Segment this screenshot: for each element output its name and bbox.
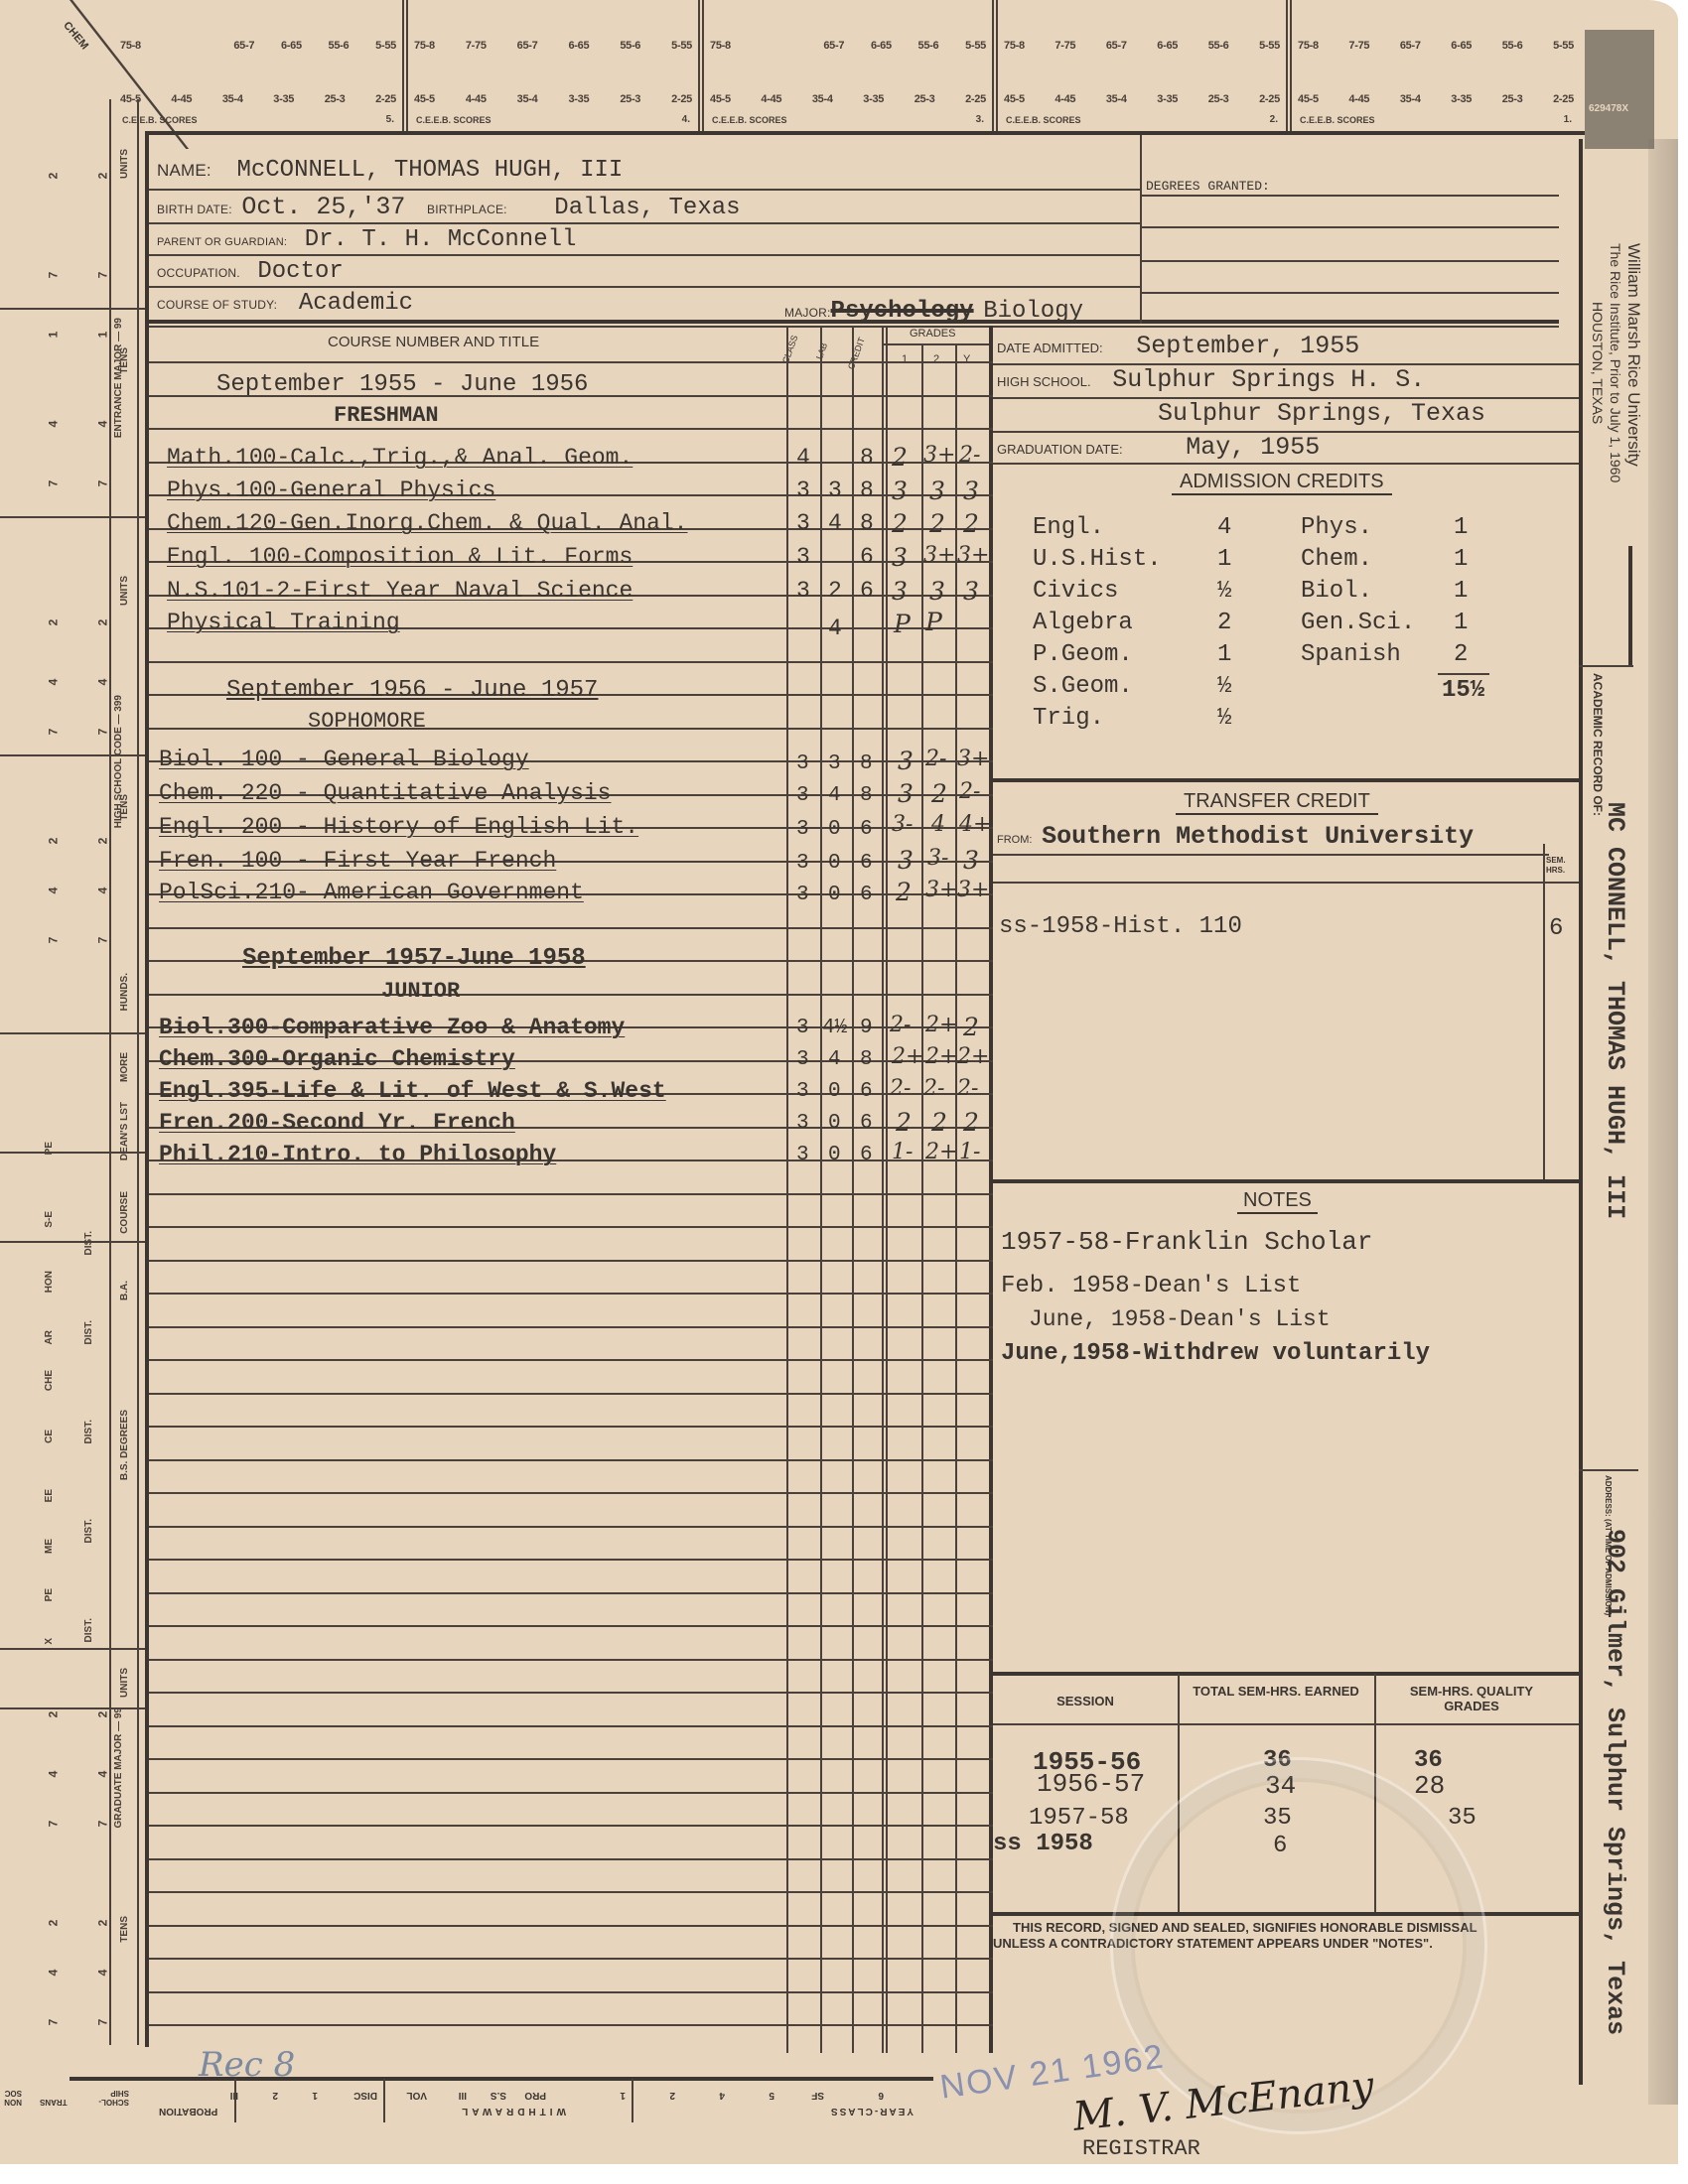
edge-stain [1648,139,1678,2105]
birthplace-value: Dallas, Texas [554,195,740,221]
admission-subject: Gen.Sci. [1301,610,1415,636]
course-credit: 6 [860,544,874,570]
grade-2: 3- [927,846,948,871]
grade-2: P [925,608,942,636]
probation-item: 1 [312,2090,318,2101]
transfer-hours: 6 [1549,915,1563,942]
edge-digit: 7 [46,937,60,944]
course-class-hrs: 3 [796,884,809,906]
ceeb-score: 35-4 [1400,93,1421,105]
col-line [921,343,923,2053]
bottom-strip-upside-down: PROBATION WITHDRAWAL YEAR-CLASS 1 2 III … [139,2081,933,2120]
ceeb-score: 65-7 [233,40,254,52]
grade-1: 3 [892,543,908,572]
strip-divider [0,1152,145,1154]
strip-divider [0,1241,145,1243]
transfer-from-field: FROM: Southern Methodist University [997,822,1474,851]
col-header-class: CLASS [780,334,799,364]
note-line: June,1958-Withdrew voluntarily [1001,1340,1430,1367]
edge-digit: 4 [95,887,109,894]
ceeb-score: 55-6 [1208,40,1229,52]
birthplace-label: BIRTHPLACE: [427,203,507,216]
rule [884,343,993,345]
summary-header-earned: TOTAL SEM-HRS. EARNED [1192,1684,1360,1699]
sem-hrs-label: SEM. HRS. [1546,856,1578,876]
admission-units: ½ [1217,578,1231,605]
degrees-granted-label: DEGREES GRANTED: [1146,179,1270,194]
course-lab-hrs: 4 [828,615,842,641]
grade-y: 2- [959,779,980,804]
frame-right [1579,139,1583,2085]
course-credit: 6 [860,578,874,604]
ceeb-score: 2-25 [671,93,692,105]
ceeb-score: 45-5 [414,93,435,105]
grade-1: P [894,610,911,638]
units-label: UNITS [119,149,130,179]
year-period: September 1957-June 1958 [242,945,586,972]
admission-subject: U.S.Hist. [1033,546,1162,573]
date-admitted-field: DATE ADMITTED: September, 1955 [997,332,1359,360]
row-rule [149,361,993,363]
edge-digit: 4 [95,1970,109,1977]
corner-ink-smudge [1585,30,1654,149]
edge-digit: 2 [46,619,60,626]
degree-code: CE [44,1430,55,1443]
ceeb-score: 4-45 [466,93,487,105]
rule [1579,665,1633,667]
ceeb-block-1: 75-8 7-75 65-7 6-65 55-6 5-55 45-5 4-45 … [1292,0,1580,131]
admission-subject: Algebra [1033,610,1133,636]
grade-2: 2 [931,1108,947,1137]
ceeb-score: 65-7 [517,40,538,52]
grade-1: 2- [890,1076,911,1101]
transfer-credit-title: TRANSFER CREDIT [1176,790,1378,815]
rule [149,189,1142,191]
dist-label: DIST. [83,1519,94,1543]
ceeb-score: 35-4 [1106,93,1127,105]
col-line-right [989,326,993,2053]
course-lab-hrs: 0 [828,1112,841,1135]
col-line [955,343,957,2053]
date-admitted-label: DATE ADMITTED: [997,341,1103,355]
rule-thick [993,778,1579,782]
tens-label: TENS [119,1916,130,1943]
edge-digit: 4 [46,679,60,686]
ceeb-score: 35-4 [517,93,538,105]
course-class-hrs: 3 [796,1017,809,1039]
edge-digit: 4 [46,1970,60,1977]
grade-1: 3 [892,577,908,606]
grade-2: 3 [929,477,945,505]
rule [149,222,1142,224]
col-line [882,326,884,2053]
admission-subject: Trig. [1033,705,1104,732]
course-credit: 6 [860,884,873,906]
admission-subject: Engl. [1033,514,1104,541]
admission-units: 2 [1217,610,1231,636]
degree-code: HON [44,1271,55,1293]
strip-divider [0,516,145,518]
ceeb-block-number: 2. [1270,114,1278,125]
edge-digit: 7 [95,2019,109,2026]
ceeb-score: 65-7 [1400,40,1421,52]
degree-code: CHE [44,1370,55,1391]
ceeb-block-number: 3. [976,114,984,125]
edge-digit: 7 [95,729,109,736]
rule-thick [149,320,1559,324]
grade-1: 2 [896,878,912,906]
course-credit: 8 [860,752,873,775]
ceeb-score: 6-65 [281,40,302,52]
high-school-field: HIGH SCHOOL. Sulphur Springs H. S. [997,365,1425,394]
grade-y: 2- [959,443,980,468]
rule [993,463,1579,465]
grade-y: 2 [963,1108,979,1137]
grade-2: 3 [929,577,945,606]
divider [383,2079,385,2122]
edge-digit: 2 [46,1920,60,1927]
birth-field: BIRTH DATE: Oct. 25,'37 BIRTHPLACE: Dall… [157,193,741,221]
year-class-item: SF [811,2090,824,2101]
edge-digit: 7 [95,937,109,944]
institution-former-name: The Rice Institute, Prior to July 1, 196… [1607,243,1624,482]
grade-y: 3+ [957,747,989,771]
address-value: 902 Gilmer, Sulphur Springs, Texas [1601,1529,1629,2035]
major-label: MAJOR: [784,306,831,320]
divider [632,2079,633,2122]
ceeb-score: 7-75 [1348,40,1369,52]
edge-digit: 7 [46,480,60,487]
summary-header-quality: SEM-HRS. QUALITY GRADES [1382,1684,1561,1713]
rule [1142,226,1559,228]
withdrawal-item: VOL [406,2090,427,2101]
strip-divider [0,1707,145,1709]
rule [149,254,1142,256]
ceeb-block-number: 4. [682,114,690,125]
summary-session: 1956-57 [1037,1769,1145,1799]
strip-divider [0,1032,145,1034]
admission-units: 1 [1454,546,1468,573]
name-field: NAME: McCONNELL, THOMAS HUGH, III [157,157,623,184]
ceeb-score: 45-5 [1004,93,1025,105]
year-level: FRESHMAN [334,403,439,428]
non-soc-label: NON SOC [0,2089,22,2107]
grade-2: 2+ [925,1044,957,1069]
ceeb-score: 65-7 [1106,40,1127,52]
admission-subject: Civics [1033,578,1118,605]
admission-units: ½ [1217,705,1231,732]
course-class-hrs: 3 [796,578,810,604]
col-header-grade-1: 1 [902,353,908,365]
tens-label: TENS [119,347,130,374]
course-credit: 6 [860,818,873,841]
rule [1142,260,1559,262]
chem-corner-label: CHEM [61,20,90,53]
rule [1142,292,1559,294]
admission-units: 1 [1217,641,1231,668]
admission-subject: Chem. [1301,546,1372,573]
course-class-hrs: 3 [796,1112,809,1135]
admission-subject: S.Geom. [1033,673,1133,700]
grade-1: 2 [892,509,908,538]
ceeb-score: 55-6 [329,40,350,52]
degree-code: PE [44,1588,55,1601]
course-lab-hrs: 4 [828,510,842,536]
birth-date-value: Oct. 25,'37 [241,193,405,221]
edge-digit: 2 [95,619,109,626]
col-header-title: COURSE NUMBER AND TITLE [328,334,539,350]
entrance-major-label: ENTRANCE MAJOR — 99 [113,318,124,438]
course-lab-hrs: 0 [828,1144,841,1166]
grade-1: 3- [892,812,913,837]
transfer-course: ss-1958-Hist. 110 [999,913,1242,940]
ceeb-block-3: 75-8 65-7 6-65 55-6 5-55 45-5 4-45 35-4 … [704,0,992,131]
ceeb-score: 2-25 [375,93,396,105]
divider [992,0,994,131]
occupation-field: OCCUPATION. Doctor [157,258,344,285]
high-school-city: Sulphur Springs, Texas [1158,399,1485,428]
course-credit: 6 [860,1080,873,1103]
rule [1142,195,1559,197]
ceeb-score: 6-65 [568,40,589,52]
corner-stamp: 629478X [1589,103,1628,114]
edge-digit: 7 [95,480,109,487]
high-school-label: HIGH SCHOOL. [997,374,1091,389]
course-lab-hrs: 4½ [822,1017,847,1039]
note-line: 1957-58-Franklin Scholar [1001,1227,1372,1257]
edge-digit: 2 [46,173,60,180]
registrar-label: REGISTRAR [1082,2136,1200,2161]
admission-subject: Biol. [1301,578,1372,605]
course-class-hrs: 3 [796,784,809,807]
grade-2: 2 [929,509,945,538]
course-of-study-label: COURSE OF STUDY: [157,298,277,312]
grade-y: 2 [963,1013,979,1041]
sem-hrs-col [1543,844,1545,1181]
strip-divider [0,308,145,310]
ceeb-score: 5-55 [671,40,692,52]
grade-2: 2+ [925,1013,957,1037]
summary-quality: 35 [1448,1805,1477,1832]
ceeb-score: 2-25 [1259,93,1280,105]
edge-digit: 7 [46,2019,60,2026]
course-lab-hrs: 0 [828,818,841,841]
parent-value: Dr. T. H. McConnell [305,226,577,253]
dist-label: DIST. [83,1420,94,1443]
note-line: June, 1958-Dean's List [1029,1306,1331,1332]
degree-code: ME [44,1539,55,1554]
year-class-item: 2 [669,2090,675,2101]
year-class-item: 4 [719,2090,725,2101]
course-lab-hrs: 0 [828,852,841,875]
ceeb-score: 4-45 [761,93,781,105]
dist-label: DIST. [83,1231,94,1255]
edge-digit: 7 [46,272,60,279]
ceeb-score: 55-6 [620,40,640,52]
ceeb-score: 6-65 [1157,40,1178,52]
year-level: JUNIOR [381,979,460,1004]
ceeb-score: 35-4 [222,93,243,105]
edge-digit: 1 [95,332,109,339]
ceeb-score: 5-55 [965,40,986,52]
graduate-major-label: GRADUATE MAJOR — 99 [113,1707,124,1829]
probation-label: PROBATION [159,2106,217,2116]
row-rule [149,428,993,430]
dist-label: DIST. [83,1618,94,1642]
name-value: McCONNELL, THOMAS HUGH, III [236,157,623,184]
admission-units: 1 [1217,546,1231,573]
strip-divider [0,1648,145,1650]
edge-digit: 2 [95,1920,109,1927]
col-header-grade-y: Y [963,353,970,365]
ceeb-label: C.E.E.B. SCORES [1006,115,1081,125]
occupation-value: Doctor [257,258,343,285]
ceeb-block-4: 75-8 7-75 65-7 6-65 55-6 5-55 45-5 4-45 … [408,0,698,131]
grade-y: 3+ [957,543,989,568]
course-credit: 8 [860,445,874,471]
summary-header-session: SESSION [993,1694,1178,1708]
course-lab-hrs: 0 [828,884,841,906]
frame-top [149,131,1585,135]
strip-divider [0,754,145,756]
grade-2: 2- [923,1076,944,1101]
institution-city: HOUSTON, TEXAS [1589,243,1607,482]
grade-1: 2 [896,1108,912,1137]
course-class-hrs: 3 [796,510,810,536]
summary-quality: 36 [1414,1747,1443,1774]
grade-2: 4 [931,812,945,837]
admission-units: 1 [1454,514,1468,541]
ceeb-score: 25-3 [620,93,640,105]
note-line: Feb. 1958-Dean's List [1001,1273,1301,1299]
course-credit: 8 [860,784,873,807]
divider [402,0,404,131]
edge-digit: 4 [95,1771,109,1778]
withdrawal-item: III [459,2090,467,2101]
ceeb-score: 25-3 [1208,93,1229,105]
ceeb-score: 5-55 [375,40,396,52]
grade-y: 4+ [959,812,991,837]
graduation-value: May, 1955 [1186,433,1320,462]
course-credit: 6 [860,1144,873,1166]
ceeb-score: 55-6 [918,40,939,52]
year-period: September 1956 - June 1957 [226,677,598,704]
ceeb-score: 2-25 [965,93,986,105]
course-of-study-value: Academic [299,290,413,317]
institution-name: William Marsh Rice University [1624,243,1642,482]
units-label: UNITS [119,576,130,606]
year-class-item: 5 [769,2090,774,2101]
ceeb-block-number: 1. [1564,114,1572,125]
grade-y: 3 [963,477,979,505]
edge-digit: 2 [46,838,60,845]
ceeb-block-number: 5. [386,114,394,125]
ceeb-score: 3-35 [273,93,294,105]
grade-1: 1- [892,1140,913,1164]
institution-block: William Marsh Rice University The Rice I… [1589,243,1642,482]
course-lab-hrs: 4 [828,1048,841,1071]
edge-digit: 7 [95,272,109,279]
ba-label: B.A. [119,1281,130,1300]
grade-y: 1- [959,1140,980,1164]
col-header-credit: CREDIT [846,337,867,371]
withdrawal-item: PRO [524,2090,546,2101]
probation-item: 2 [272,2090,278,2101]
degree-code: EE [44,1489,55,1502]
admission-credits-total: 15½ [1442,677,1484,704]
course-class-hrs: 3 [796,1144,809,1166]
graduation-field: GRADUATION DATE: May, 1955 [997,433,1320,462]
grade-1: 2+ [892,1044,923,1069]
trans-label: TRANS [40,2098,68,2107]
course-class-hrs: 3 [796,1080,809,1103]
withdrawal-item: DISC [353,2090,377,2101]
edge-digit: 2 [95,838,109,845]
col-header-grade-2: 2 [933,353,939,365]
transfer-from-value: Southern Methodist University [1042,822,1474,851]
edge-digit: 7 [95,1821,109,1828]
admission-units: 4 [1217,514,1231,541]
grade-1: 3 [898,747,914,775]
strip-inner-line [109,99,111,2045]
grade-2: 3+ [923,543,955,568]
ceeb-score: 3-35 [863,93,884,105]
ceeb-score: 45-5 [1298,93,1319,105]
ceeb-score: 75-8 [710,40,731,52]
grade-1: 2- [890,1013,911,1037]
course-class-hrs: 3 [796,818,809,841]
grade-y: 2- [957,1076,978,1101]
ceeb-score: 25-3 [325,93,346,105]
admission-credits-title: ADMISSION CREDITS [1172,471,1392,495]
course-credit: 6 [860,852,873,875]
parent-label: PARENT OR GUARDIAN: [157,236,287,248]
ceeb-score: 75-8 [1004,40,1025,52]
admission-units: ½ [1217,673,1231,700]
left-edge-strip: ENTRANCE MAJOR — 99 UNITS TENS HIGH SCHO… [0,99,149,2045]
grade-1: 3 [892,477,908,505]
ceeb-score: 3-35 [1157,93,1178,105]
notes-title: NOTES [1237,1189,1318,1214]
ceeb-score: 2-25 [1553,93,1574,105]
ceeb-score: 75-8 [1298,40,1319,52]
admission-subject: Spanish [1301,641,1401,668]
high-school-value: Sulphur Springs H. S. [1112,365,1425,394]
ceeb-score: 75-8 [414,40,435,52]
edge-digit: 1 [46,332,60,339]
grade-y: 2+ [957,1044,989,1069]
ceeb-score: 65-7 [823,40,844,52]
grade-2: 3+ [925,878,957,902]
edge-digit: 7 [46,1821,60,1828]
date-admitted-value: September, 1955 [1136,332,1359,360]
ceeb-score: 55-6 [1502,40,1523,52]
ceeb-score: 6-65 [1451,40,1472,52]
admission-units: 2 [1454,641,1468,668]
course-class-hrs: 3 [796,478,810,503]
grade-2: 2 [931,779,947,808]
grade-1: 2 [892,443,908,472]
course-credit: 8 [860,510,874,536]
ceeb-score: 3-35 [568,93,589,105]
course-lab-hrs: 3 [828,478,842,503]
col-header-grades: GRADES [910,328,955,340]
edge-digit: 4 [95,421,109,428]
course-lab-hrs: 4 [828,784,841,807]
name-label: NAME: [157,161,211,180]
summary-session: ss 1958 [993,1831,1093,1857]
ceeb-label: C.E.E.B. SCORES [416,115,492,125]
